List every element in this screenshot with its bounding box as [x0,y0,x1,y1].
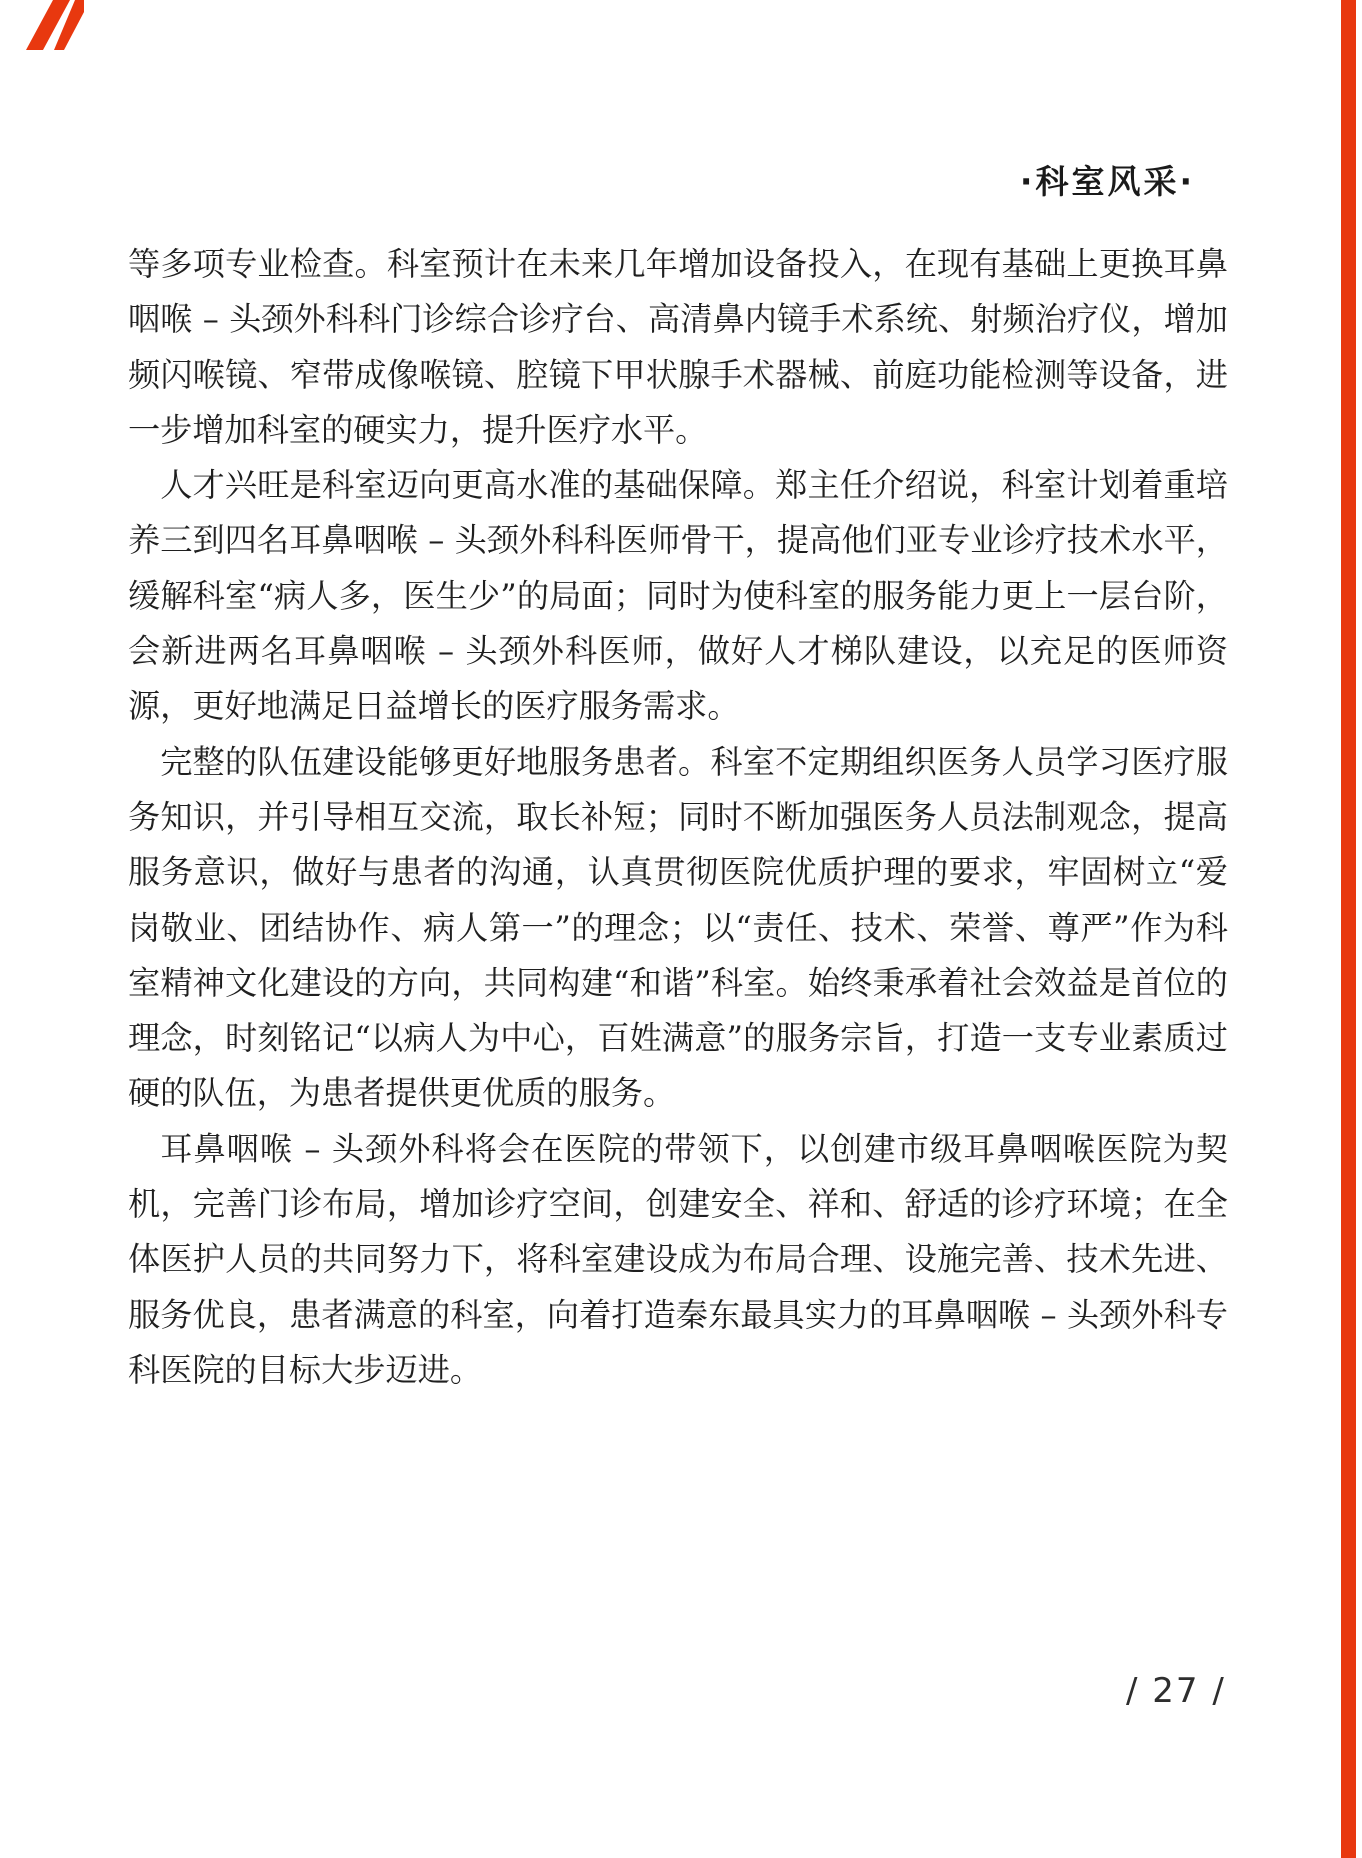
section-header: ·科室风采· [1020,156,1195,203]
page-number: / 27 / [1126,1671,1226,1711]
paragraph: 人才兴旺是科室迈向更高水准的基础保障。郑主任介绍说，科室计划着重培养三到四名耳鼻… [128,458,1228,734]
corner-accent-mark [26,0,84,50]
paragraph: 耳鼻咽喉 – 头颈外科将会在医院的带领下，以创建市级耳鼻咽喉医院为契机，完善门诊… [128,1122,1228,1398]
paragraph-continuation: 等多项专业检查。科室预计在未来几年增加设备投入，在现有基础上更换耳鼻咽喉 – 头… [128,237,1228,458]
paragraph: 完整的队伍建设能够更好地服务患者。科室不定期组织医务人员学习医疗服务知识，并引导… [128,735,1228,1122]
page-edge-stripe [1341,0,1356,1858]
article-body: 等多项专业检查。科室预计在未来几年增加设备投入，在现有基础上更换耳鼻咽喉 – 头… [128,237,1228,1398]
magazine-page: ·科室风采· 等多项专业检查。科室预计在未来几年增加设备投入，在现有基础上更换耳… [0,0,1362,1858]
